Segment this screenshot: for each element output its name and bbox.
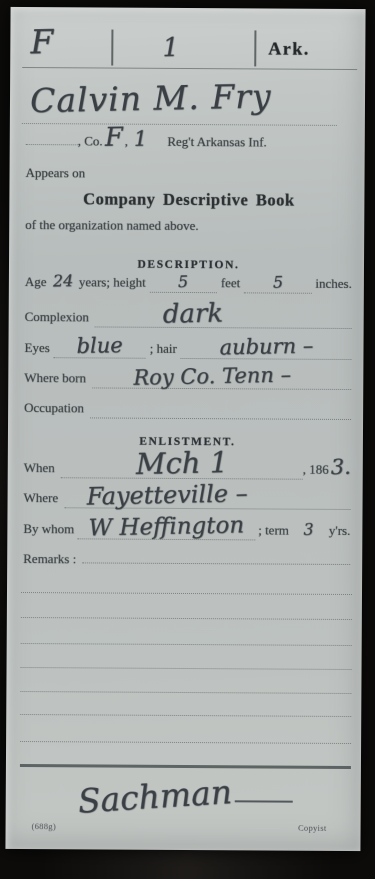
- complexion-row: Complexion dark: [9, 303, 364, 333]
- where-row: Where Fayetteville –: [7, 485, 362, 515]
- feet-label: feet: [221, 275, 241, 291]
- inches-value-handwritten: 5: [273, 276, 283, 289]
- hair-label: ; hair: [150, 341, 177, 357]
- age-label: Age: [25, 274, 47, 290]
- hair-value-handwritten: auburn –: [219, 338, 313, 357]
- book-subtitle-row: of the organization named above.: [9, 217, 364, 237]
- copyist-label: Copyist: [298, 823, 327, 833]
- when-label: When: [24, 460, 55, 476]
- unit-row: , Co. F , 1 Reg't Arkansas Inf.: [10, 127, 365, 161]
- age-row: Age 24 years; height 5 feet 5 inches.: [9, 273, 364, 301]
- term-value-handwritten: 3: [304, 524, 314, 537]
- eyes-label: Eyes: [24, 340, 49, 356]
- soldier-name-handwritten: Calvin M. Fry: [30, 83, 272, 114]
- name-row: Calvin M. Fry: [22, 71, 337, 126]
- eyes-hair-row: Eyes blue ; hair auburn –: [8, 337, 363, 365]
- by-whom-row: By whom W Heffington ; term 3 y'rs.: [7, 517, 362, 547]
- copyist-signature-handwritten: Sachman: [77, 779, 233, 815]
- appears-on-row: Appears on: [9, 165, 364, 185]
- term-label: ; term: [258, 522, 289, 538]
- header-divider-right: [254, 30, 256, 66]
- year-digit-handwritten: 3.: [331, 459, 351, 476]
- regiment-handwritten: 1: [134, 131, 148, 148]
- signature-flourish-stroke: [234, 800, 292, 802]
- regiment-label: Reg't Arkansas Inf.: [167, 134, 267, 151]
- description-section-header: DESCRIPTION.: [9, 254, 364, 271]
- co-label: , Co.: [78, 133, 103, 149]
- photo-background: F 1 Ark. Calvin M. Fry , Co. F , 1 Reg't…: [0, 0, 375, 879]
- record-card: F 1 Ark. Calvin M. Fry , Co. F , 1 Reg't…: [5, 7, 365, 851]
- remarks-blank-line-6: [20, 714, 351, 717]
- form-number: (688g): [32, 821, 57, 831]
- signature-separator-rule: [20, 764, 351, 769]
- card-header-row: F 1 Ark.: [10, 23, 365, 69]
- occupation-row: Occupation: [8, 399, 363, 423]
- born-label: Where born: [24, 370, 86, 386]
- fine-print-spacer: [56, 829, 298, 830]
- remarks-blank-line-0: [82, 562, 350, 565]
- complexion-label: Complexion: [25, 309, 89, 325]
- age-value-handwritten: 24: [52, 275, 73, 288]
- header-divider-left: [111, 30, 113, 66]
- remarks-blank-line-4: [21, 667, 352, 670]
- age-suffix-label: years; height: [79, 274, 146, 290]
- book-title: Company Descriptive Book: [83, 189, 295, 209]
- born-value-handwritten: Roy Co. Tenn –: [133, 367, 291, 387]
- by-whom-label: By whom: [23, 521, 74, 537]
- where-label: Where: [24, 490, 59, 506]
- description-title: DESCRIPTION.: [137, 259, 239, 272]
- when-row: When Mch 1 , 186 3.: [8, 451, 363, 483]
- when-value-handwritten: Mch 1: [135, 451, 228, 476]
- company-handwritten: F: [104, 127, 122, 148]
- unit-comma: ,: [125, 134, 128, 150]
- state-abbreviation: Ark.: [268, 38, 310, 59]
- remarks-blank-line-1: [21, 592, 352, 595]
- company-letter-handwritten: F: [30, 29, 54, 56]
- remarks-blank-line-3: [21, 643, 352, 646]
- regiment-number-handwritten: 1: [162, 38, 179, 59]
- remarks-label: Remarks :: [23, 551, 76, 567]
- occupation-label: Occupation: [24, 400, 84, 416]
- remarks-row: Remarks :: [7, 551, 362, 571]
- inches-label: inches.: [315, 276, 352, 292]
- appears-on-text: Appears on: [26, 165, 86, 181]
- by-whom-value-handwritten: W Heffington: [88, 516, 244, 538]
- year-prefix-label: , 186: [303, 462, 329, 478]
- book-subtitle: of the organization named above.: [25, 217, 199, 234]
- unit-leading-blank: [26, 144, 78, 145]
- book-title-row: Company Descriptive Book: [9, 189, 364, 213]
- remarks-blank-line-2: [21, 617, 352, 620]
- complexion-value-handwritten: dark: [163, 303, 224, 325]
- term-suffix-label: y'rs.: [329, 523, 351, 539]
- feet-value-handwritten: 5: [178, 276, 188, 289]
- born-row: Where born Roy Co. Tenn –: [8, 367, 363, 395]
- eyes-value-handwritten: blue: [77, 337, 123, 355]
- remarks-blank-line-7: [20, 741, 351, 744]
- where-value-handwritten: Fayetteville –: [87, 484, 248, 506]
- fine-print-row: (688g) Copyist: [6, 821, 361, 837]
- remarks-blank-line-5: [20, 691, 351, 694]
